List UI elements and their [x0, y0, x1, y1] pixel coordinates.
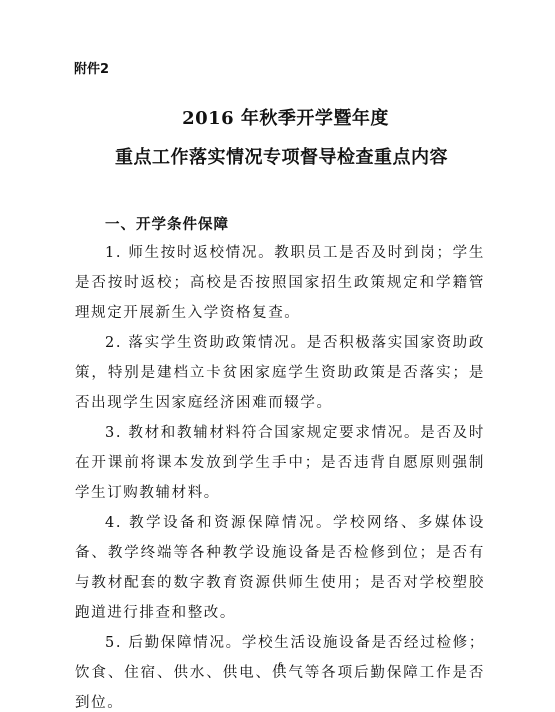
paragraph-item-3: 3. 教材和教辅材料符合国家规定要求情况。是否及时在开课前将课本发放到学生手中；…	[75, 418, 485, 508]
document-body: 一、开学条件保障 1. 师生按时返校情况。教职员工是否及时到岗；学生是否按时返校…	[75, 212, 485, 712]
paragraph-item-1: 1. 师生按时返校情况。教职员工是否及时到岗；学生是否按时返校；高校是否按照国家…	[75, 238, 485, 328]
page-number: 6	[0, 661, 555, 669]
paragraph-item-2: 2. 落实学生资助政策情况。是否积极落实国家资助政策，特别是建档立卡贫困家庭学生…	[75, 328, 485, 418]
paragraph-item-4: 4. 教学设备和资源保障情况。学校网络、多媒体设备、教学终端等各种教学设施设备是…	[75, 508, 485, 628]
section-heading: 一、开学条件保障	[75, 212, 485, 238]
attachment-label: 附件2	[74, 58, 109, 77]
paragraph-item-5: 5. 后勤保障情况。学校生活设施设备是否经过检修；饮食、住宿、供水、供电、供气等…	[75, 628, 485, 712]
document-title-line-1: 2016 年秋季开学暨年度	[8, 104, 555, 130]
document-title-line-2: 重点工作落实情况专项督导检查重点内容	[4, 143, 555, 169]
